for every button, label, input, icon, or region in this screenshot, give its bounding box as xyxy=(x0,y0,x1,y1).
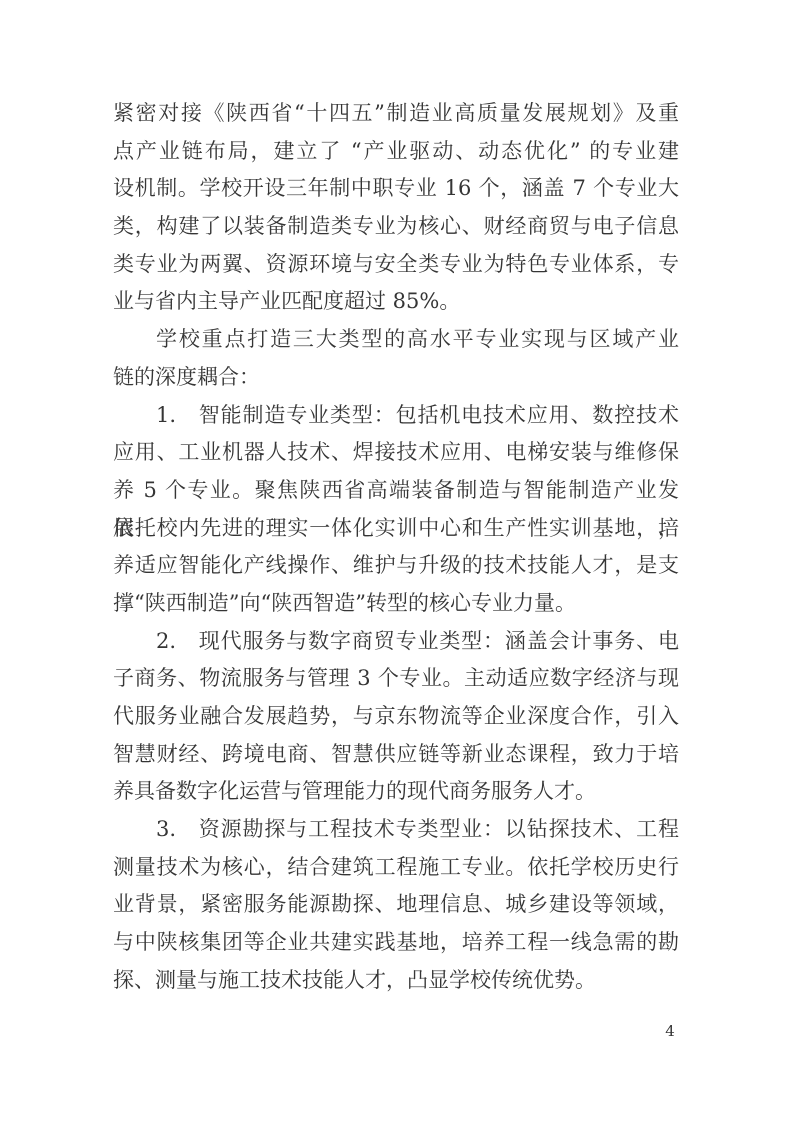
text-line: 类，构建了以装备制造类专业为核心、财经商贸与电子信息 xyxy=(113,208,679,246)
text-line: 类专业为两翼、资源环境与安全类专业为特色专业体系，专 xyxy=(113,246,679,284)
text-line: 智慧财经、跨境电商、智慧供应链等新业态课程，致力于培 xyxy=(113,736,679,774)
text-line: 测量技术为核心，结合建筑工程施工专业。依托学校历史行 xyxy=(113,849,679,887)
text-line: 养 5 个专业。聚焦陕西省高端装备制造与智能制造产业发展， xyxy=(113,472,679,510)
text-line: 业背景，紧密服务能源勘探、地理信息、城乡建设等领域， xyxy=(113,886,679,924)
text-line: 子商务、物流服务与管理 3 个专业。主动适应数字经济与现 xyxy=(113,660,679,698)
text-line: 链的深度耦合： xyxy=(113,359,679,397)
text-line: 点产业链布局，建立了 “产业驱动、动态优化” 的专业建 xyxy=(113,133,679,171)
text-line: 与中陕核集团等企业共建实践基地，培养工程一线急需的勘 xyxy=(113,924,679,962)
document-body: 紧密对接《陕西省“十四五”制造业高质量发展规划》及重点产业链布局，建立了 “产业… xyxy=(113,95,679,1000)
text-line: 1. 智能制造专业类型：包括机电技术应用、数控技术 xyxy=(113,397,679,435)
text-line: 撑“陕西制造”向“陕西智造”转型的核心专业力量。 xyxy=(113,585,679,623)
text-line: 业与省内主导产业匹配度超过 85%。 xyxy=(113,283,679,321)
text-line: 学校重点打造三大类型的高水平专业实现与区域产业 xyxy=(113,321,679,359)
text-line: 设机制。学校开设三年制中职专业 16 个，涵盖 7 个专业大 xyxy=(113,170,679,208)
text-line: 依托校内先进的理实一体化实训中心和生产性实训基地，培 xyxy=(113,510,679,548)
page-number: 4 xyxy=(654,1021,686,1041)
text-line: 紧密对接《陕西省“十四五”制造业高质量发展规划》及重 xyxy=(113,95,679,133)
text-line: 3. 资源勘探与工程技术专类型业：以钻探技术、工程 xyxy=(113,811,679,849)
text-line: 2. 现代服务与数字商贸专业类型：涵盖会计事务、电 xyxy=(113,623,679,661)
document-page: 紧密对接《陕西省“十四五”制造业高质量发展规划》及重点产业链布局，建立了 “产业… xyxy=(0,0,794,1123)
text-line: 代服务业融合发展趋势，与京东物流等企业深度合作，引入 xyxy=(113,698,679,736)
text-line: 探、测量与施工技术技能人才，凸显学校传统优势。 xyxy=(113,962,679,1000)
text-line: 养适应智能化产线操作、维护与升级的技术技能人才，是支 xyxy=(113,547,679,585)
text-line: 养具备数字化运营与管理能力的现代商务服务人才。 xyxy=(113,773,679,811)
text-line: 应用、工业机器人技术、焊接技术应用、电梯安装与维修保 xyxy=(113,434,679,472)
